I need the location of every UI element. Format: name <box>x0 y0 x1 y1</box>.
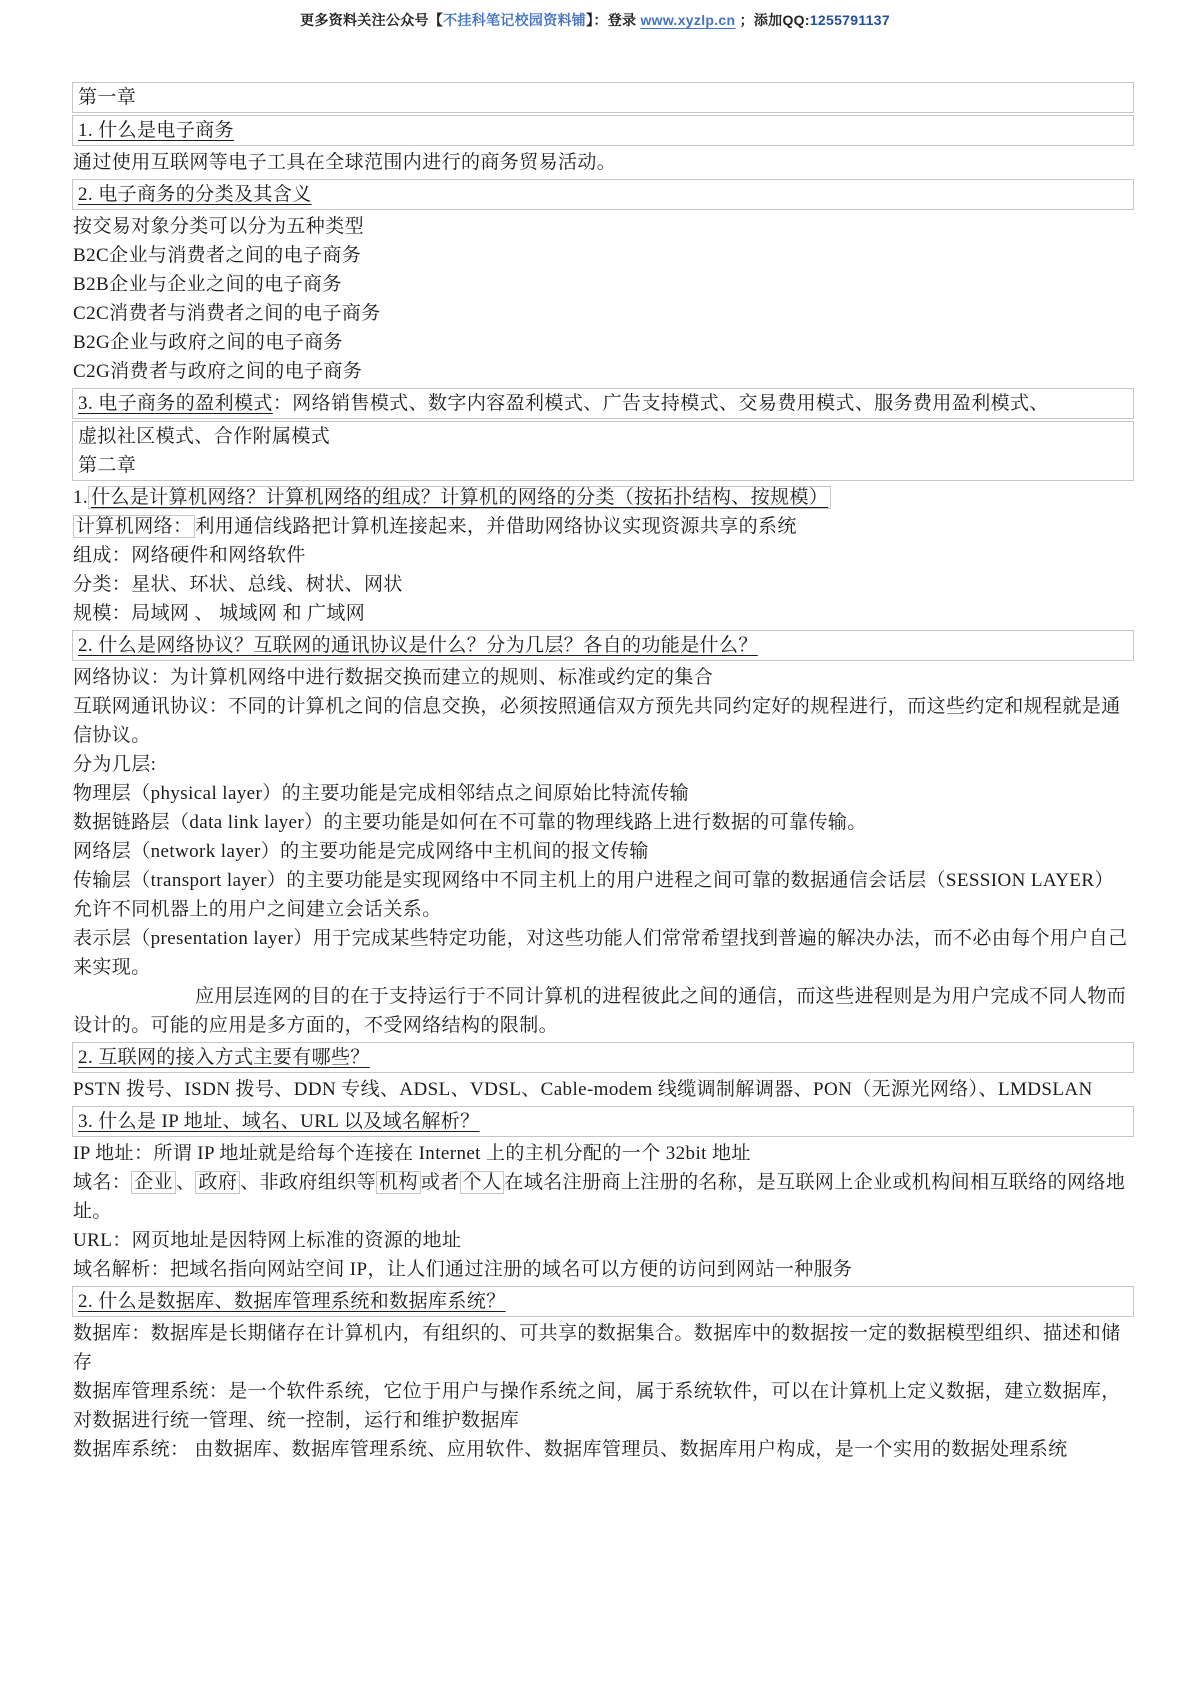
answer: 表示层（presentation layer）用于完成某些特定功能，对这些功能人… <box>72 924 1134 982</box>
text-line: 网络协议：为计算机网络中进行数据交换而建立的规则、标准或约定的集合 <box>73 663 1133 692</box>
question-2-3: 3. 什么是 IP 地址、域名、URL 以及域名解析？ <box>72 1106 1134 1137</box>
text-run: 2. 什么是数据库、数据库管理系统和数据库系统？ <box>78 1291 506 1312</box>
text-line: 3. 什么是 IP 地址、域名、URL 以及域名解析？ <box>78 1107 1128 1136</box>
chapter-1-title: 第一章 <box>72 82 1134 113</box>
text-line: 规模：局域网 、 城域网 和 广域网 <box>73 599 1133 628</box>
answer: 域名解析：把域名指向网站空间 IP，让人们通过注册的域名可以方便的访问到网站一种… <box>72 1255 1134 1284</box>
answer: 组成：网络硬件和网络软件 <box>72 541 1134 570</box>
text-run: 3. 电子商务的盈利模式 <box>78 393 273 414</box>
text-line: 虚拟社区模式、合作附属模式 <box>78 422 1128 451</box>
text-line: 3. 电子商务的盈利模式：网络销售模式、数字内容盈利模式、广告支持模式、交易费用… <box>78 389 1128 418</box>
answer: 数据库管理系统：是一个软件系统，它位于用户与操作系统之间，属于系统软件，可以在计… <box>72 1377 1134 1435</box>
question-1-3-continued: 虚拟社区模式、合作附属模式第二章 <box>72 421 1134 481</box>
answer: 应用层连网的目的在于支持运行于不同计算机的进程彼此之间的通信，而这些进程则是为用… <box>72 982 1134 1040</box>
answer: 规模：局域网 、 城域网 和 广域网 <box>72 599 1134 628</box>
text-run: 、 <box>176 1172 195 1193</box>
question-2-4: 2. 什么是数据库、数据库管理系统和数据库系统？ <box>72 1286 1134 1317</box>
text-run: 应用层连网的目的在于支持运行于不同计算机的进程彼此之间的通信，而这些进程则是为用… <box>73 986 1126 1036</box>
text-run: IP 地址：所谓 IP 地址就是给每个连接在 Internet 上的主机分配的一… <box>73 1143 751 1164</box>
answer: URL：网页地址是因特网上标准的资源的地址 <box>72 1226 1134 1255</box>
text-run: 网络层（network layer）的主要功能是完成网络中主机间的报文传输 <box>73 841 649 862</box>
text-run: 分类：星状、环状、总线、树状、网状 <box>73 574 403 595</box>
header-text: 】：登录 <box>586 12 640 28</box>
question-2-2b: 2. 互联网的接入方式主要有哪些？ <box>72 1042 1134 1073</box>
text-run: 企业 <box>131 1171 176 1194</box>
text-line: 计算机网络：利用通信线路把计算机连接起来，并借助网络协议实现资源共享的系统 <box>73 512 1133 541</box>
answer: 域名：企业、政府、非政府组织等机构或者个人在域名注册商上注册的名称，是互联网上企… <box>72 1168 1134 1226</box>
text-line: 2. 什么是网络协议？互联网的通讯协议是什么？分为几层？各自的功能是什么？ <box>78 631 1128 660</box>
answer: 通过使用互联网等电子工具在全球范围内进行的商务贸易活动。 <box>72 148 1134 177</box>
question-2-1: 1.什么是计算机网络？计算机网络的组成？计算机的网络的分类（按拓扑结构、按规模） <box>72 483 1134 512</box>
text-run: 2. 什么是网络协议？互联网的通讯协议是什么？分为几层？各自的功能是什么？ <box>78 635 758 656</box>
text-line: 域名解析：把域名指向网站空间 IP，让人们通过注册的域名可以方便的访问到网站一种… <box>73 1255 1133 1284</box>
text-line: 物理层（physical layer）的主要功能是完成相邻结点之间原始比特流传输 <box>73 779 1133 808</box>
text-line: C2G消费者与政府之间的电子商务 <box>73 357 1133 386</box>
text-line: B2C企业与消费者之间的电子商务 <box>73 241 1133 270</box>
text-line: 网络层（network layer）的主要功能是完成网络中主机间的报文传输 <box>73 837 1133 866</box>
text-run: 数据库管理系统：是一个软件系统，它位于用户与操作系统之间，属于系统软件，可以在计… <box>73 1381 1121 1431</box>
text-run: B2B企业与企业之间的电子商务 <box>73 274 342 295</box>
text-run: 1. <box>73 487 88 508</box>
text-run: 按交易对象分类可以分为五种类型 <box>73 216 364 237</box>
answer: 数据链路层（data link layer）的主要功能是如何在不可靠的物理线路上… <box>72 808 1134 837</box>
text-line: 1. 什么是电子商务 <box>78 116 1128 145</box>
text-line: 分类：星状、环状、总线、树状、网状 <box>73 570 1133 599</box>
text-run: 2. 电子商务的分类及其含义 <box>78 184 312 205</box>
text-line: 第一章 <box>78 83 1128 112</box>
answer: 分类：星状、环状、总线、树状、网状 <box>72 570 1134 599</box>
question-1-2: 2. 电子商务的分类及其含义 <box>72 179 1134 210</box>
text-line: 数据库系统： 由数据库、数据库管理系统、应用软件、数据库管理员、数据库用户构成，… <box>73 1435 1133 1464</box>
text-run: 数据库：数据库是长期储存在计算机内，有组织的、可共享的数据集合。数据库中的数据按… <box>73 1323 1121 1373</box>
text-run: 互联网通讯协议：不同的计算机之间的信息交换，必须按照通信双方预先共同约定好的规程… <box>73 696 1121 746</box>
text-run: 数据库系统： 由数据库、数据库管理系统、应用软件、数据库管理员、数据库用户构成，… <box>73 1439 1068 1460</box>
question-1-3: 3. 电子商务的盈利模式：网络销售模式、数字内容盈利模式、广告支持模式、交易费用… <box>72 388 1134 419</box>
answer: 互联网通讯协议：不同的计算机之间的信息交换，必须按照通信双方预先共同约定好的规程… <box>72 692 1134 750</box>
text-line: 应用层连网的目的在于支持运行于不同计算机的进程彼此之间的通信，而这些进程则是为用… <box>73 982 1133 1040</box>
text-run: 第二章 <box>78 455 136 476</box>
text-run: C2C消费者与消费者之间的电子商务 <box>73 303 381 324</box>
qq-number: 1255791137 <box>810 12 890 28</box>
question-2-2: 2. 什么是网络协议？互联网的通讯协议是什么？分为几层？各自的功能是什么？ <box>72 630 1134 661</box>
text-run: 机构 <box>376 1171 421 1194</box>
answer: C2G消费者与政府之间的电子商务 <box>72 357 1134 386</box>
text-run: 2. 互联网的接入方式主要有哪些？ <box>78 1047 370 1068</box>
text-run: B2C企业与消费者之间的电子商务 <box>73 245 361 266</box>
text-run: 什么是计算机网络？计算机网络的组成？计算机的网络的分类（按拓扑结构、按规模） <box>88 486 831 509</box>
text-run: 3. 什么是 IP 地址、域名、URL 以及域名解析？ <box>78 1111 480 1132</box>
text-line: 分为几层: <box>73 750 1133 779</box>
text-line: 域名：企业、政府、非政府组织等机构或者个人在域名注册商上注册的名称，是互联网上企… <box>73 1168 1133 1226</box>
text-line: 组成：网络硬件和网络软件 <box>73 541 1133 570</box>
text-run: 规模：局域网 、 城域网 和 广域网 <box>73 603 365 624</box>
text-line: IP 地址：所谓 IP 地址就是给每个连接在 Internet 上的主机分配的一… <box>73 1139 1133 1168</box>
answer: PSTN 拨号、ISDN 拨号、DDN 专线、ADSL、VDSL、Cable-m… <box>72 1075 1134 1104</box>
text-run: C2G消费者与政府之间的电子商务 <box>73 361 362 382</box>
text-line: 互联网通讯协议：不同的计算机之间的信息交换，必须按照通信双方预先共同约定好的规程… <box>73 692 1133 750</box>
text-run: 物理层（physical layer）的主要功能是完成相邻结点之间原始比特流传输 <box>73 783 689 804</box>
text-line: 2. 什么是数据库、数据库管理系统和数据库系统？ <box>78 1287 1128 1316</box>
site-link[interactable]: www.xyzlp.cn <box>640 12 735 28</box>
text-run: 1. 什么是电子商务 <box>78 120 234 141</box>
answer: 物理层（physical layer）的主要功能是完成相邻结点之间原始比特流传输 <box>72 779 1134 808</box>
text-run: 组成：网络硬件和网络软件 <box>73 545 306 566</box>
text-line: 2. 电子商务的分类及其含义 <box>78 180 1128 209</box>
answer: IP 地址：所谓 IP 地址就是给每个连接在 Internet 上的主机分配的一… <box>72 1139 1134 1168</box>
text-line: PSTN 拨号、ISDN 拨号、DDN 专线、ADSL、VDSL、Cable-m… <box>73 1075 1133 1104</box>
answer: B2B企业与企业之间的电子商务 <box>72 270 1134 299</box>
text-run: 或者 <box>421 1172 460 1193</box>
answer: B2G企业与政府之间的电子商务 <box>72 328 1134 357</box>
answer: 计算机网络：利用通信线路把计算机连接起来，并借助网络协议实现资源共享的系统 <box>72 512 1134 541</box>
text-run: 虚拟社区模式、合作附属模式 <box>78 426 330 447</box>
answer: 分为几层: <box>72 750 1134 779</box>
text-line: B2G企业与政府之间的电子商务 <box>73 328 1133 357</box>
text-run: PSTN 拨号、ISDN 拨号、DDN 专线、ADSL、VDSL、Cable-m… <box>73 1079 1093 1100</box>
text-line: URL：网页地址是因特网上标准的资源的地址 <box>73 1226 1133 1255</box>
brand-name: 不挂科笔记校园资料铺 <box>443 12 586 28</box>
answer: 网络协议：为计算机网络中进行数据交换而建立的规则、标准或约定的集合 <box>72 663 1134 692</box>
text-line: C2C消费者与消费者之间的电子商务 <box>73 299 1133 328</box>
text-line: 按交易对象分类可以分为五种类型 <box>73 212 1133 241</box>
text-run: 、非政府组织等 <box>240 1172 376 1193</box>
text-run: 域名解析：把域名指向网站空间 IP，让人们通过注册的域名可以方便的访问到网站一种… <box>73 1259 852 1280</box>
text-run: 计算机网络： <box>73 515 195 538</box>
page-header: 更多资料关注公众号【不挂科笔记校园资料铺】：登录 www.xyzlp.cn ；添… <box>0 10 1190 30</box>
text-run: 传输层（transport layer）的主要功能是实现网络中不同主机上的用户进… <box>73 870 1114 920</box>
text-run: B2G企业与政府之间的电子商务 <box>73 332 343 353</box>
text-run: 利用通信线路把计算机连接起来，并借助网络协议实现资源共享的系统 <box>195 516 796 537</box>
answer: 网络层（network layer）的主要功能是完成网络中主机间的报文传输 <box>72 837 1134 866</box>
text-line: 1.什么是计算机网络？计算机网络的组成？计算机的网络的分类（按拓扑结构、按规模） <box>73 483 1133 512</box>
text-run: URL：网页地址是因特网上标准的资源的地址 <box>73 1230 461 1251</box>
text-run: 表示层（presentation layer）用于完成某些特定功能，对这些功能人… <box>73 928 1128 978</box>
answer: B2C企业与消费者之间的电子商务 <box>72 241 1134 270</box>
text-run: 通过使用互联网等电子工具在全球范围内进行的商务贸易活动。 <box>73 152 616 173</box>
text-line: 2. 互联网的接入方式主要有哪些？ <box>78 1043 1128 1072</box>
text-line: 数据库管理系统：是一个软件系统，它位于用户与操作系统之间，属于系统软件，可以在计… <box>73 1377 1133 1435</box>
document-body: 第一章1. 什么是电子商务通过使用互联网等电子工具在全球范围内进行的商务贸易活动… <box>72 80 1134 1464</box>
answer: 按交易对象分类可以分为五种类型 <box>72 212 1134 241</box>
text-run: 个人 <box>460 1171 505 1194</box>
text-run: 数据链路层（data link layer）的主要功能是如何在不可靠的物理线路上… <box>73 812 867 833</box>
answer: 传输层（transport layer）的主要功能是实现网络中不同主机上的用户进… <box>72 866 1134 924</box>
answer: 数据库：数据库是长期储存在计算机内，有组织的、可共享的数据集合。数据库中的数据按… <box>72 1319 1134 1377</box>
text-line: 数据库：数据库是长期储存在计算机内，有组织的、可共享的数据集合。数据库中的数据按… <box>73 1319 1133 1377</box>
text-run: 第一章 <box>78 87 136 108</box>
header-text: ；添加QQ: <box>735 12 809 28</box>
text-line: 表示层（presentation layer）用于完成某些特定功能，对这些功能人… <box>73 924 1133 982</box>
text-run: 网络协议：为计算机网络中进行数据交换而建立的规则、标准或约定的集合 <box>73 667 713 688</box>
text-line: 数据链路层（data link layer）的主要功能是如何在不可靠的物理线路上… <box>73 808 1133 837</box>
text-run: ：网络销售模式、数字内容盈利模式、广告支持模式、交易费用模式、服务费用盈利模式、 <box>273 393 1049 414</box>
text-line: 传输层（transport layer）的主要功能是实现网络中不同主机上的用户进… <box>73 866 1133 924</box>
question-1-1: 1. 什么是电子商务 <box>72 115 1134 146</box>
document-page: 更多资料关注公众号【不挂科笔记校园资料铺】：登录 www.xyzlp.cn ；添… <box>0 0 1190 1683</box>
text-line: 通过使用互联网等电子工具在全球范围内进行的商务贸易活动。 <box>73 148 1133 177</box>
text-line: B2B企业与企业之间的电子商务 <box>73 270 1133 299</box>
text-run: 域名： <box>73 1172 131 1193</box>
text-line: 第二章 <box>78 451 1128 480</box>
header-text: 更多资料关注公众号【 <box>300 12 443 28</box>
answer: C2C消费者与消费者之间的电子商务 <box>72 299 1134 328</box>
answer: 数据库系统： 由数据库、数据库管理系统、应用软件、数据库管理员、数据库用户构成，… <box>72 1435 1134 1464</box>
text-run: 分为几层: <box>73 754 156 775</box>
text-run: 政府 <box>195 1171 240 1194</box>
